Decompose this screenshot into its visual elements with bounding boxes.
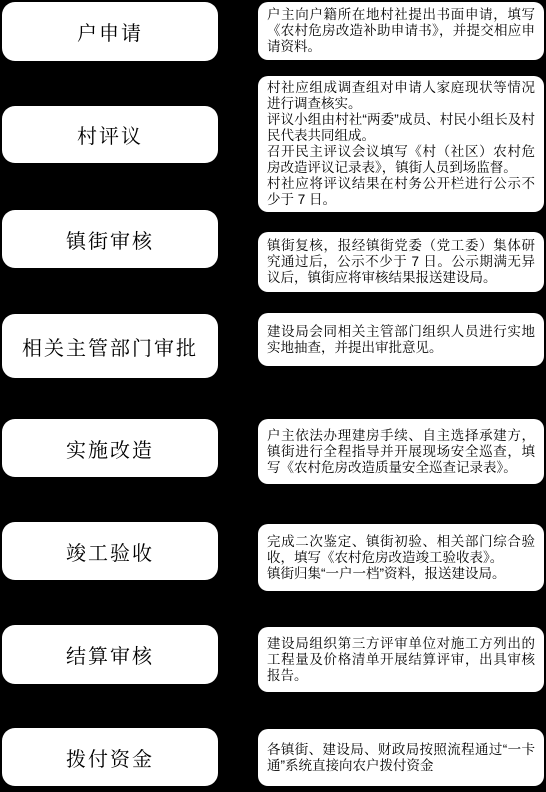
step-title: 拨付资金 xyxy=(66,743,154,772)
step-description-implement-renovation: 户主依法办理建房手续、自主选择承建方，镇街进行全程指导并开展现场安全巡查，填写《… xyxy=(258,419,544,484)
step-title: 结算审核 xyxy=(66,640,154,669)
description-paragraph: 建设局会同相关主管部门组织人员进行实地实地抽查，并提出审批意见。 xyxy=(267,324,535,356)
step-box-settlement-audit: 结算审核 xyxy=(2,625,218,684)
step-box-completion-acceptance: 竣工验收 xyxy=(2,522,218,580)
step-description-department-approval: 建设局会同相关主管部门组织人员进行实地实地抽查，并提出审批意见。 xyxy=(258,313,544,366)
description-paragraph: 户主向户籍所在地村社提出书面申请，填写《农村危房改造补助申请书》，并提交相应申请… xyxy=(267,7,535,55)
description-paragraph: 建设局组织第三方评审单位对施工方列出的工程量及价格清单开展结算评审，出具审核报告… xyxy=(267,636,535,684)
step-box-department-approval: 相关主管部门审批 xyxy=(2,314,218,378)
step-title: 竣工验收 xyxy=(66,537,154,566)
step-box-village-review: 村评议 xyxy=(2,106,218,163)
step-box-implement-renovation: 实施改造 xyxy=(2,419,218,477)
step-description-completion-acceptance: 完成二次鉴定、镇街初验、相关部门综合验收，填写《农村危房改造竣工验收表》。 镇街… xyxy=(258,524,544,591)
step-box-town-street-review: 镇街审核 xyxy=(2,210,218,268)
description-paragraph: 各镇街、建设局、财政局按照流程通过“一卡通”系统直接向农户拨付资金 xyxy=(267,742,535,774)
flowchart-canvas: 户申请 户主向户籍所在地村社提出书面申请，填写《农村危房改造补助申请书》，并提交… xyxy=(0,0,546,792)
step-title: 相关主管部门审批 xyxy=(22,332,198,361)
step-description-household-application: 户主向户籍所在地村社提出书面申请，填写《农村危房改造补助申请书》，并提交相应申请… xyxy=(258,2,544,60)
step-title: 户申请 xyxy=(77,17,143,46)
step-box-fund-disbursement: 拨付资金 xyxy=(2,728,218,786)
step-description-settlement-audit: 建设局组织第三方评审单位对施工方列出的工程量及价格清单开展结算评审，出具审核报告… xyxy=(258,627,544,692)
description-paragraph: 召开民主评议会议填写《村（社区）农村危房改造评议记录表》，镇街人员到场监督。 xyxy=(267,144,535,176)
description-paragraph: 村社应将评议结果在村务公开栏进行公示不少于 7 日。 xyxy=(267,176,535,208)
step-description-village-review: 村社应组成调查组对申请人家庭现状等情况进行调查核实。 评议小组由村社“两委”成员… xyxy=(258,76,544,212)
step-title: 实施改造 xyxy=(66,434,154,463)
step-box-household-application: 户申请 xyxy=(2,2,218,61)
description-paragraph: 评议小组由村社“两委”成员、村民小组长及村民代表共同组成。 xyxy=(267,112,535,144)
description-paragraph: 村社应组成调查组对申请人家庭现状等情况进行调查核实。 xyxy=(267,80,535,112)
step-description-fund-disbursement: 各镇街、建设局、财政局按照流程通过“一卡通”系统直接向农户拨付资金 xyxy=(258,729,544,786)
step-title: 镇街审核 xyxy=(66,225,154,254)
description-paragraph: 完成二次鉴定、镇街初验、相关部门综合验收，填写《农村危房改造竣工验收表》。 xyxy=(267,534,535,566)
step-title: 村评议 xyxy=(77,120,143,149)
description-paragraph: 户主依法办理建房手续、自主选择承建方，镇街进行全程指导并开展现场安全巡查，填写《… xyxy=(267,428,535,476)
step-description-town-street-review: 镇街复核，报经镇街党委（党工委）集体研究通过后，公示不少于 7 日。公示期满无异… xyxy=(258,232,544,292)
description-paragraph: 镇街复核，报经镇街党委（党工委）集体研究通过后，公示不少于 7 日。公示期满无异… xyxy=(267,238,535,286)
description-paragraph: 镇街归集“一户一档”资料，报送建设局。 xyxy=(267,566,535,582)
